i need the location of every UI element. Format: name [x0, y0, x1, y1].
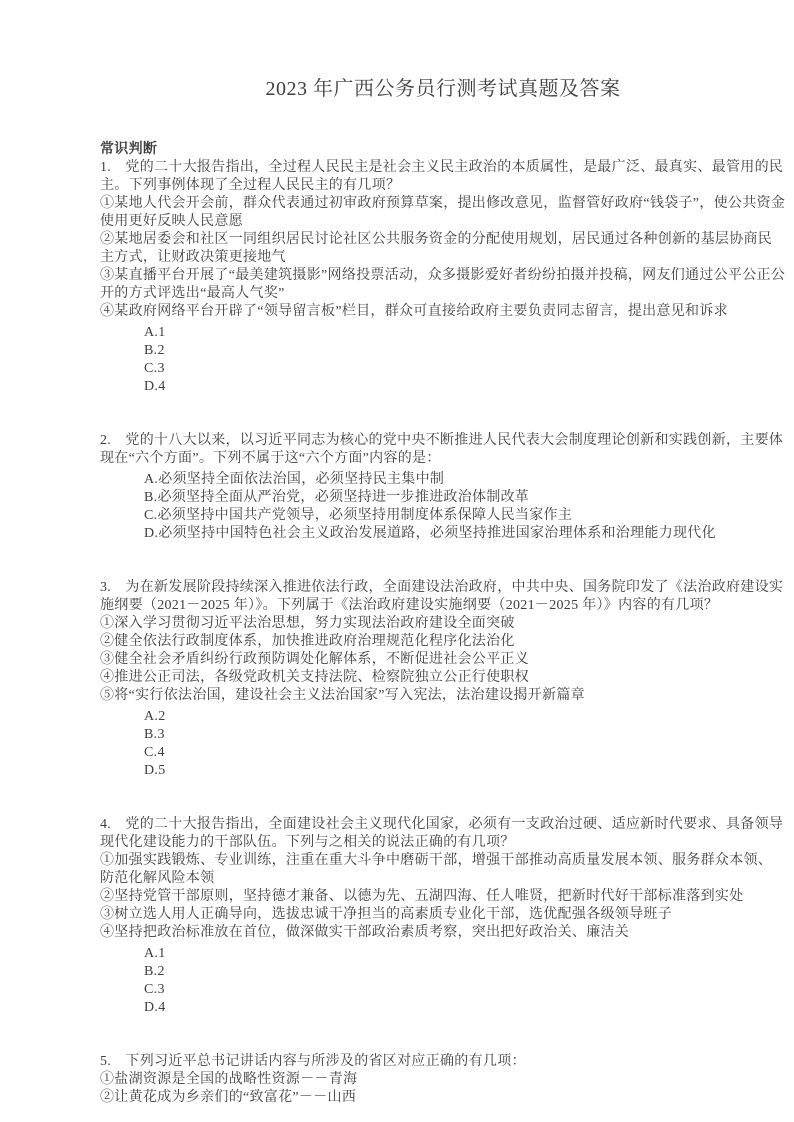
question-block: 3. 为在新发展阶段持续深入推进依法行政，全面建设法治政府，中共中央、国务院印发… — [100, 579, 786, 780]
question-item: ①盐湖资源是全国的战略性资源－－青海 — [100, 1071, 786, 1089]
question-items: ①某地人代会开会前，群众代表通过初审政府预算草案，提出修改意见，监督管好政府“钱… — [100, 195, 786, 321]
question-list: 1. 党的二十大报告指出，全过程人民民主是社会主义民主政治的本质属性，是最广泛、… — [100, 159, 786, 1107]
question-block: 1. 党的二十大报告指出，全过程人民民主是社会主义民主政治的本质属性，是最广泛、… — [100, 159, 786, 396]
question-option: C.3 — [144, 360, 786, 378]
question-option: C.必须坚持中国共产党领导，必须坚持用制度体系保障人民当家作主 — [144, 507, 786, 525]
question-block: 5. 下列习近平总书记讲话内容与所涉及的省区对应正确的有几项： ①盐湖资源是全国… — [100, 1053, 786, 1107]
question-stem: 2. 党的十八大以来，以习近平同志为核心的党中央不断推进人民代表大会制度理论创新… — [100, 432, 786, 468]
page-title: 2023 年广西公务员行测考试真题及答案 — [100, 76, 786, 102]
question-item: ②坚持党管干部原则，坚持德才兼备、以德为先、五湖四海、任人唯贤，把新时代好干部标… — [100, 888, 786, 906]
question-items: ①深入学习贯彻习近平法治思想，努力实现法治政府建设全面突破②健全依法行政制度体系… — [100, 615, 786, 705]
question-item: ④推进公正司法，各级党政机关支持法院、检察院独立公正行使职权 — [100, 669, 786, 687]
question-option: B.3 — [144, 726, 786, 744]
question-option: A.必须坚持全面依法治国，必须坚持民主集中制 — [144, 471, 786, 489]
question-items: ①盐湖资源是全国的战略性资源－－青海②让黄花成为乡亲们的“致富花”－－山西 — [100, 1071, 786, 1107]
question-option: D.4 — [144, 999, 786, 1017]
question-item: ⑤将“实行依法治国，建设社会主义法治国家”写入宪法，法治建设揭开新篇章 — [100, 687, 786, 705]
question-option: B.必须坚持全面从严治党，必须坚持进一步推进政治体制改革 — [144, 489, 786, 507]
question-options: A.1B.2C.3D.4 — [100, 324, 786, 396]
question-option: A.1 — [144, 324, 786, 342]
question-block: 4. 党的二十大报告指出，全面建设社会主义现代化国家，必须有一支政治过硬、适应新… — [100, 816, 786, 1017]
question-block: 2. 党的十八大以来，以习近平同志为核心的党中央不断推进人民代表大会制度理论创新… — [100, 432, 786, 543]
question-option: D.4 — [144, 378, 786, 396]
question-option: D.必须坚持中国特色社会主义政治发展道路，必须坚持推进国家治理体系和治理能力现代… — [144, 525, 786, 543]
question-item: ③树立选人用人正确导向，选拔忠诚干净担当的高素质专业化干部，选优配强各级领导班子 — [100, 906, 786, 924]
question-option: D.5 — [144, 762, 786, 780]
question-item: ③健全社会矛盾纠纷行政预防调处化解体系，不断促进社会公平正义 — [100, 651, 786, 669]
question-item: ③某直播平台开展了“最美建筑摄影”网络投票活动，众多摄影爱好者纷纷拍摄并投稿，网… — [100, 267, 786, 303]
question-options: A.1B.2C.3D.4 — [100, 945, 786, 1017]
question-option: C.4 — [144, 744, 786, 762]
question-item: ②让黄花成为乡亲们的“致富花”－－山西 — [100, 1089, 786, 1107]
question-stem: 5. 下列习近平总书记讲话内容与所涉及的省区对应正确的有几项： — [100, 1053, 786, 1071]
question-item: ②某地居委会和社区一同组织居民讨论社区公共服务资金的分配使用规划，居民通过各种创… — [100, 231, 786, 267]
question-item: ④坚持把政治标准放在首位，做深做实干部政治素质考察，突出把好政治关、廉洁关 — [100, 924, 786, 942]
question-stem: 1. 党的二十大报告指出，全过程人民民主是社会主义民主政治的本质属性，是最广泛、… — [100, 159, 786, 195]
question-option: A.1 — [144, 945, 786, 963]
question-option: A.2 — [144, 708, 786, 726]
question-option: C.3 — [144, 981, 786, 999]
question-option: B.2 — [144, 963, 786, 981]
document-page: 2023 年广西公务员行测考试真题及答案 常识判断 1. 党的二十大报告指出，全… — [0, 0, 794, 1122]
question-options: A.必须坚持全面依法治国，必须坚持民主集中制B.必须坚持全面从严治党，必须坚持进… — [100, 471, 786, 543]
question-item: ①深入学习贯彻习近平法治思想，努力实现法治政府建设全面突破 — [100, 615, 786, 633]
section-header: 常识判断 — [100, 141, 786, 159]
question-options: A.2B.3C.4D.5 — [100, 708, 786, 780]
question-item: ①某地人代会开会前，群众代表通过初审政府预算草案，提出修改意见，监督管好政府“钱… — [100, 195, 786, 231]
question-stem: 4. 党的二十大报告指出，全面建设社会主义现代化国家，必须有一支政治过硬、适应新… — [100, 816, 786, 852]
question-stem: 3. 为在新发展阶段持续深入推进依法行政，全面建设法治政府，中共中央、国务院印发… — [100, 579, 786, 615]
question-items: ①加强实践锻炼、专业训练，注重在重大斗争中磨砺干部，增强干部推动高质量发展本领、… — [100, 852, 786, 942]
question-option: B.2 — [144, 342, 786, 360]
question-item: ②健全依法行政制度体系，加快推进政府治理规范化程序化法治化 — [100, 633, 786, 651]
question-item: ①加强实践锻炼、专业训练，注重在重大斗争中磨砺干部，增强干部推动高质量发展本领、… — [100, 852, 786, 888]
question-item: ④某政府网络平台开辟了“领导留言板”栏目，群众可直接给政府主要负责同志留言，提出… — [100, 303, 786, 321]
